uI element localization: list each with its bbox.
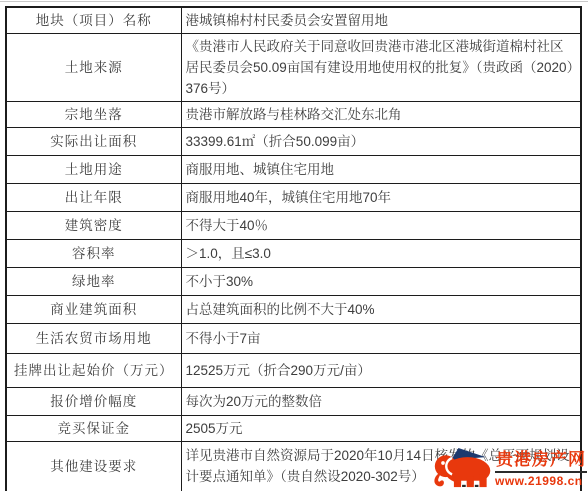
table-row: 商业建筑面积 占总建筑面积的比例不大于40% <box>6 296 581 324</box>
table-row: 出让年限 商服用地40年，城镇住宅用地70年 <box>6 184 581 212</box>
row-label: 绿地率 <box>6 268 181 296</box>
row-label: 报价增价幅度 <box>6 388 181 416</box>
table-row: 报价增价幅度 每次为20万元的整数倍 <box>6 388 581 416</box>
row-label: 其他建设要求 <box>6 442 181 491</box>
row-value: 港城镇棉村村民委员会安置留用地 <box>181 7 581 34</box>
table-row: 生活农贸市场用地 不得小于7亩 <box>6 324 581 354</box>
row-value: 每次为20万元的整数倍 <box>181 388 581 416</box>
table-row: 地块（项目）名称 港城镇棉村村民委员会安置留用地 <box>6 7 581 34</box>
row-value: 33399.61㎡（折合50.099亩） <box>181 128 581 156</box>
table-row: 建筑密度 不得大于40％ <box>6 212 581 240</box>
watermark-site-name: 贵港房产网 <box>495 450 587 473</box>
row-value: 12525万元（折合290万元/亩） <box>181 354 581 388</box>
row-value: 占总建筑面积的比例不大于40% <box>181 296 581 324</box>
row-label: 土地用途 <box>6 156 181 184</box>
land-parcel-info-table: 地块（项目）名称 港城镇棉村村民委员会安置留用地 土地来源 《贵港市人民政府关于… <box>5 6 582 491</box>
table-row: 土地来源 《贵港市人民政府关于同意收回贵港市港北区港城街道棉村社区居民委员会50… <box>6 34 581 102</box>
row-value: 不得大于40％ <box>181 212 581 240</box>
watermark-site-url: www.21998.cn <box>495 474 583 489</box>
row-label: 容积率 <box>6 240 181 268</box>
table-row: 土地用途 商服用地、城镇住宅用地 <box>6 156 581 184</box>
row-label: 实际出让面积 <box>6 128 181 156</box>
row-label: 生活农贸市场用地 <box>6 324 181 354</box>
row-label: 竞买保证金 <box>6 416 181 442</box>
row-label: 地块（项目）名称 <box>6 7 181 34</box>
row-label: 出让年限 <box>6 184 181 212</box>
row-value: 商服用地、城镇住宅用地 <box>181 156 581 184</box>
table-row: 宗地坐落 贵港市解放路与桂林路交汇处东北角 <box>6 102 581 128</box>
table-row: 绿地率 不小于30% <box>6 268 581 296</box>
elephant-icon <box>433 446 493 490</box>
top-edge-divider <box>0 1 588 2</box>
row-value: 不小于30% <box>181 268 581 296</box>
row-value: 《贵港市人民政府关于同意收回贵港市港北区港城街道棉村社区居民委员会50.09亩国… <box>181 34 581 102</box>
table-row: 容积率 ＞1.0，且≤3.0 <box>6 240 581 268</box>
row-label: 挂牌出让起始价（万元） <box>6 354 181 388</box>
row-label: 建筑密度 <box>6 212 181 240</box>
row-label: 土地来源 <box>6 34 181 102</box>
watermark-text: 贵港房产网 www.21998.cn <box>495 450 587 490</box>
table-row: 实际出让面积 33399.61㎡（折合50.099亩） <box>6 128 581 156</box>
table-row: 竞买保证金 2505万元 <box>6 416 581 442</box>
row-value: ＞1.0，且≤3.0 <box>181 240 581 268</box>
row-value: 不得小于7亩 <box>181 324 581 354</box>
row-value: 商服用地40年，城镇住宅用地70年 <box>181 184 581 212</box>
row-label: 宗地坐落 <box>6 102 181 128</box>
land-auction-notice-page: 地块（项目）名称 港城镇棉村村民委员会安置留用地 土地来源 《贵港市人民政府关于… <box>0 0 588 491</box>
row-label: 商业建筑面积 <box>6 296 181 324</box>
table-row: 挂牌出让起始价（万元） 12525万元（折合290万元/亩） <box>6 354 581 388</box>
row-value: 贵港市解放路与桂林路交汇处东北角 <box>181 102 581 128</box>
row-value: 2505万元 <box>181 416 581 442</box>
site-watermark: 贵港房产网 www.21998.cn <box>433 446 587 490</box>
